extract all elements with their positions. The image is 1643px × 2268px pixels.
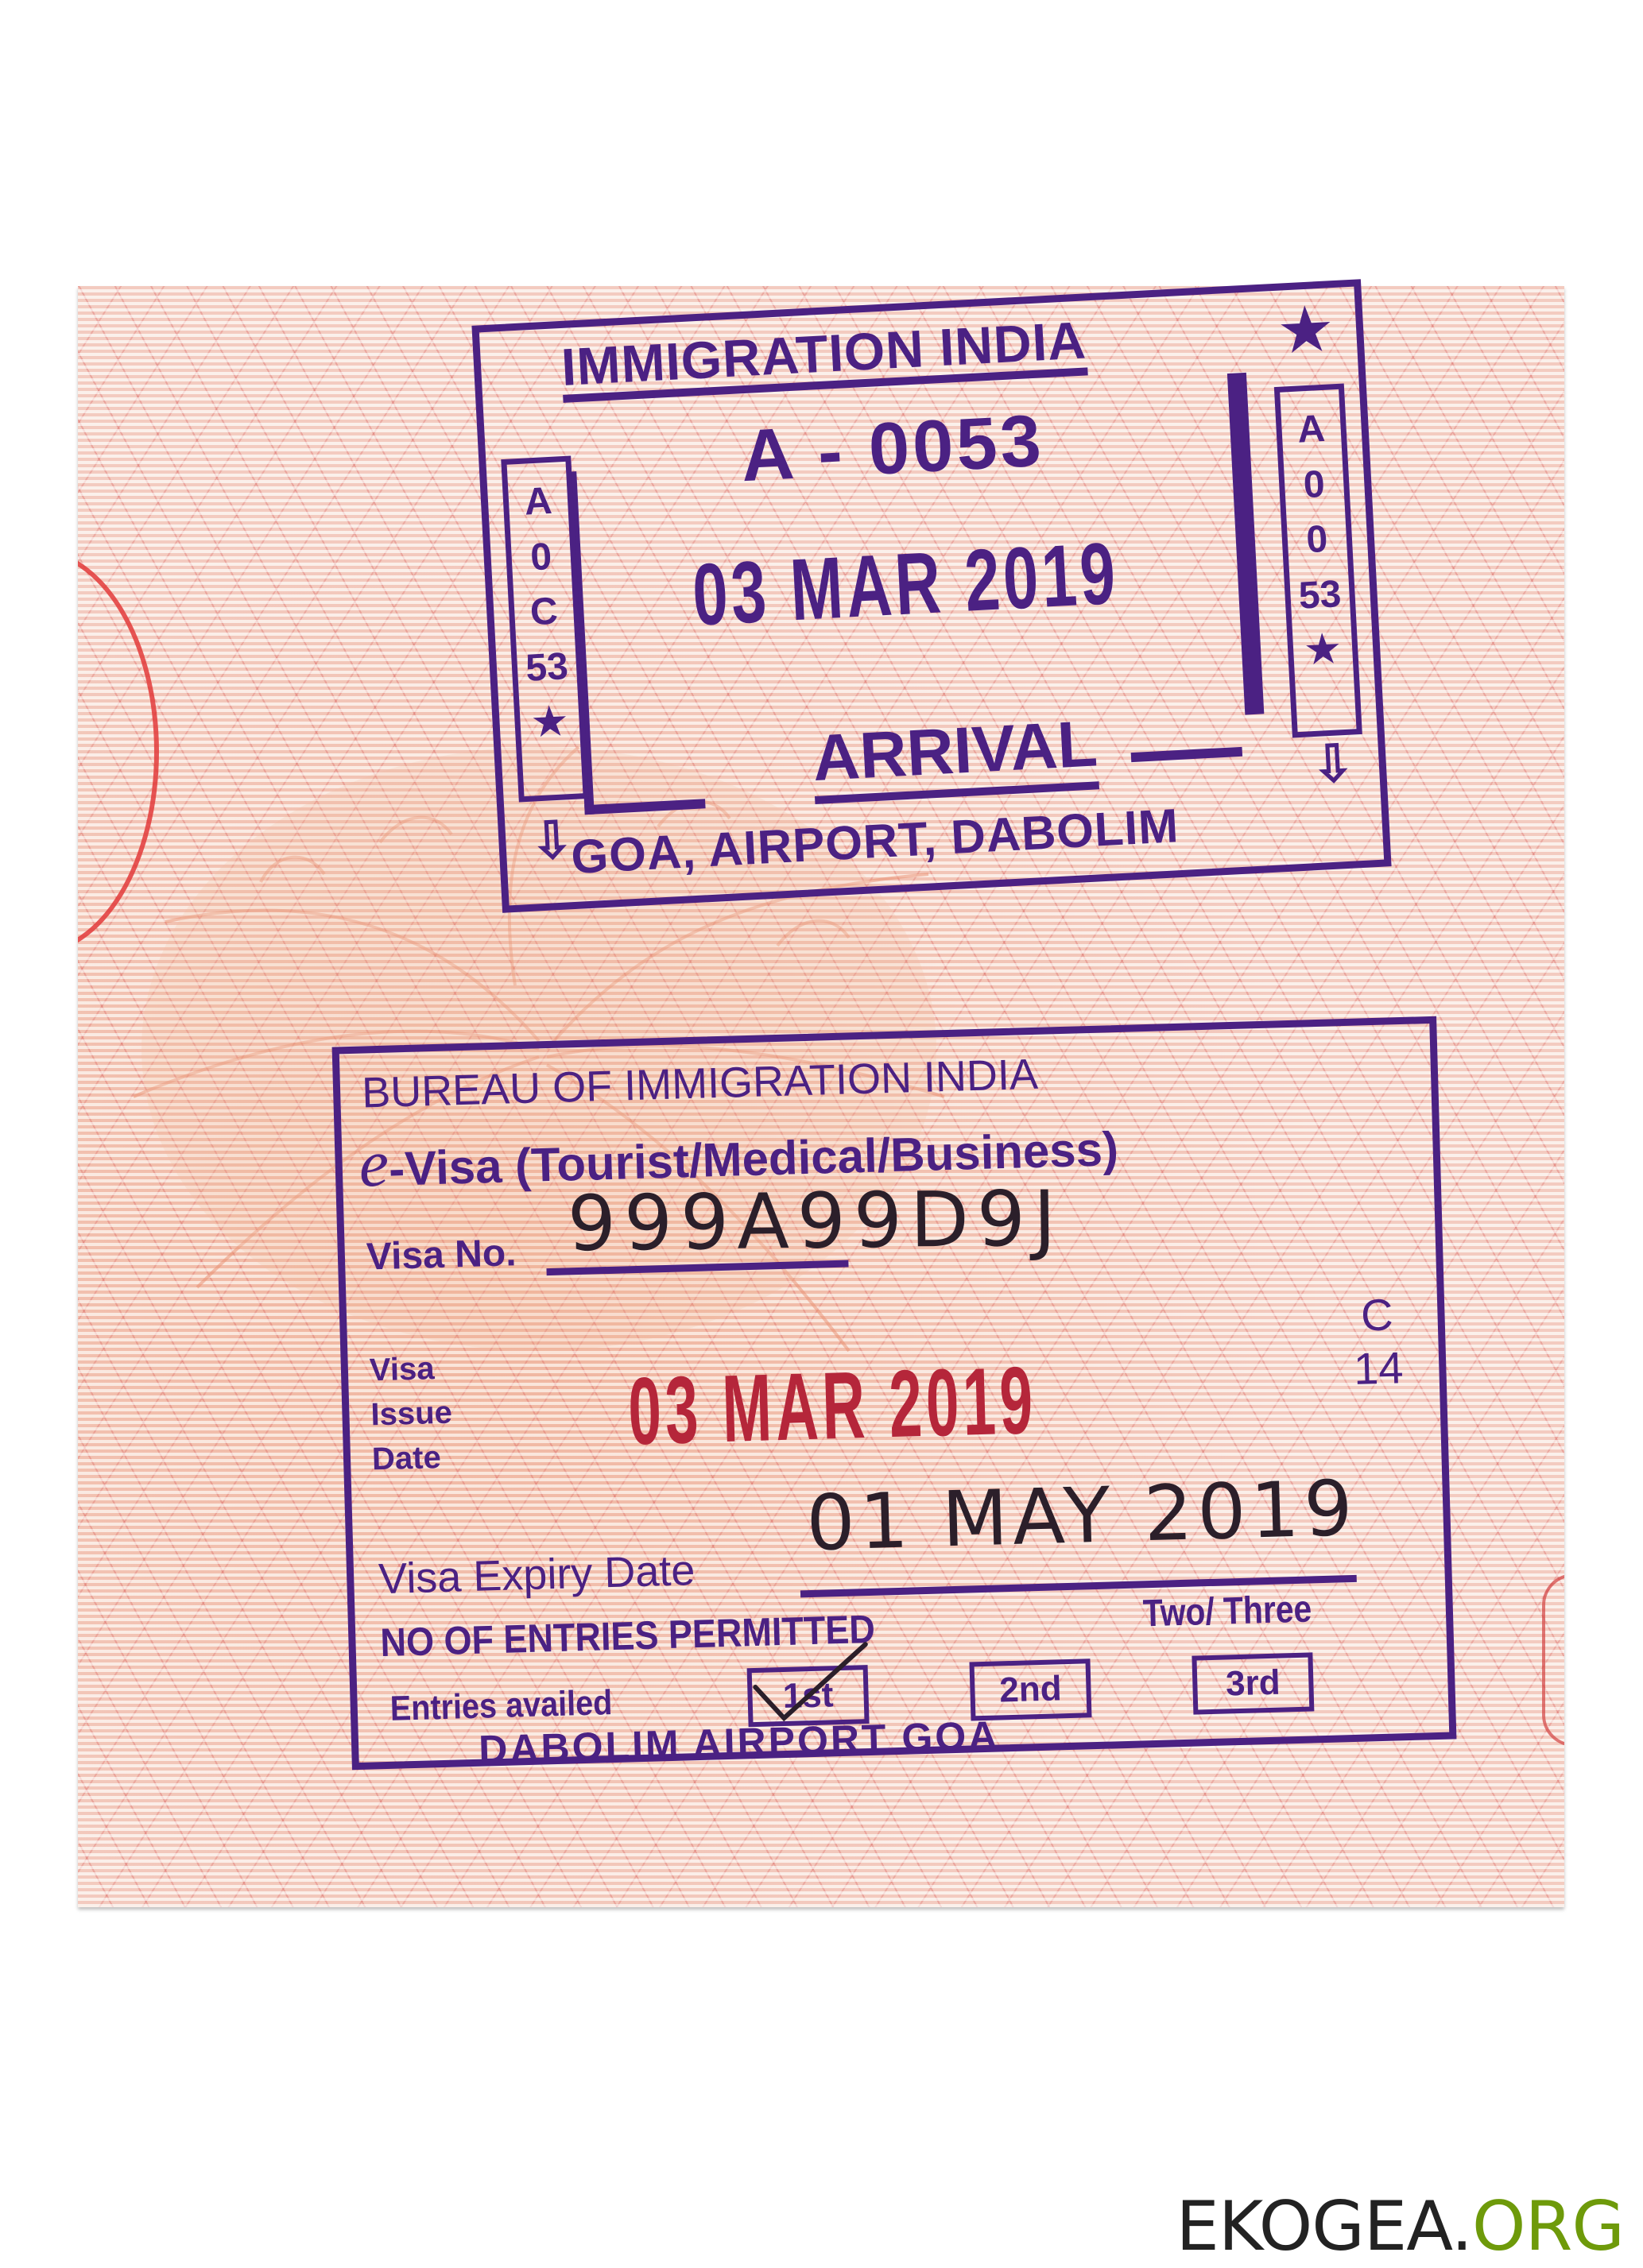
issue-date-label: Visa Issue Date	[369, 1346, 454, 1482]
side-code-char: 53	[1297, 567, 1343, 624]
checkmark-icon	[738, 1636, 876, 1728]
visa-number-label: Visa No.	[366, 1231, 517, 1279]
stamp-code-letter: C	[1351, 1287, 1402, 1342]
side-code-char: 53	[525, 639, 570, 696]
side-code-char: A	[523, 474, 553, 530]
issue-date-label-line: Date	[371, 1435, 454, 1482]
site-watermark: EKOGEA.ORG	[1176, 2187, 1624, 2266]
stamp-code: C 14	[1351, 1287, 1404, 1395]
arrival-stamp-number: A - 0053	[739, 399, 1046, 498]
down-arrow-icon: ⇩	[1310, 733, 1355, 795]
arrival-stamp: IMMIGRATION INDIA ★ A - 0053 03 MAR 2019…	[471, 279, 1391, 913]
visa-number-value: 999A99D9J	[567, 1174, 1064, 1268]
star-icon: ★	[531, 695, 568, 752]
expiry-date-value: 01 MAY 2019	[805, 1464, 1358, 1568]
entry-box-2nd: 2nd	[969, 1658, 1091, 1720]
down-arrow-icon: ⇩	[529, 810, 575, 872]
star-icon: ★	[1304, 622, 1342, 679]
watermark-tld: ORG	[1472, 2187, 1624, 2266]
star-icon: ★	[1278, 295, 1333, 364]
entries-permitted-value: Two/ Three	[1142, 1587, 1312, 1635]
side-code-char: 0	[529, 529, 553, 586]
expiry-date-label: Visa Expiry Date	[378, 1546, 696, 1604]
evisa-prefix: e	[358, 1127, 389, 1202]
stamp-code-number: 14	[1353, 1341, 1404, 1395]
entries-availed-label: Entries availed	[389, 1683, 613, 1729]
issue-date-label-line: Issue	[370, 1391, 453, 1438]
arrival-stamp-bracket	[567, 466, 705, 815]
side-code-char: 0	[1302, 457, 1326, 513]
side-code-char: C	[529, 584, 559, 641]
evisa-stamp: BUREAU OF IMMIGRATION INDIA e-Visa (Tour…	[332, 1016, 1457, 1770]
issue-date-value: 03 MAR 2019	[627, 1345, 1038, 1466]
side-code-char: 0	[1305, 512, 1329, 568]
arrival-type: ARRIVAL	[811, 706, 1099, 804]
watermark-brand: EKOGEA.	[1176, 2187, 1472, 2266]
side-code-char: A	[1296, 401, 1327, 458]
issue-date-label-line: Visa	[369, 1346, 451, 1393]
red-seal-stamp-right	[1542, 1573, 1564, 1747]
entry-box-3rd: 3rd	[1192, 1652, 1314, 1714]
